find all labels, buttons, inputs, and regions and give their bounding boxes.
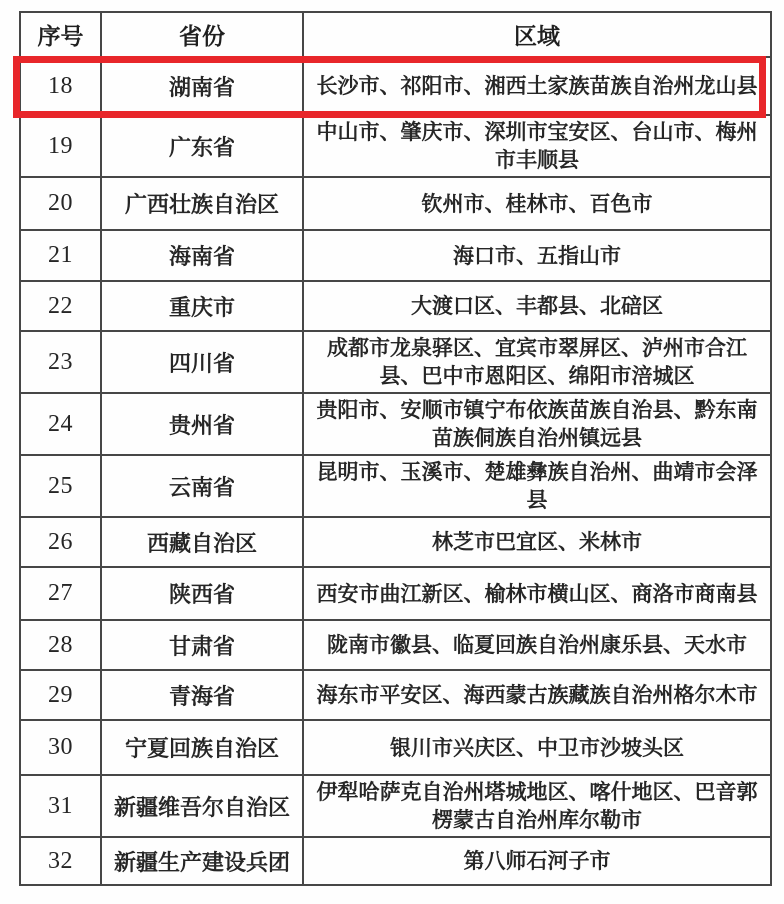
cell-region: 中山市、肇庆市、深圳市宝安区、台山市、梅州市丰顺县	[303, 115, 771, 177]
table-row-19: 19 广东省 中山市、肇庆市、深圳市宝安区、台山市、梅州市丰顺县	[20, 115, 771, 177]
cell-region: 长沙市、祁阳市、湘西土家族苗族自治州龙山县	[303, 57, 771, 115]
cell-no: 22	[20, 281, 101, 331]
cell-no: 25	[20, 455, 101, 517]
table-row-26: 26 西藏自治区 林芝市巴宜区、米林市	[20, 517, 771, 567]
cell-province: 湖南省	[101, 57, 303, 115]
cell-region: 银川市兴庆区、中卫市沙坡头区	[303, 720, 771, 775]
cell-no: 26	[20, 517, 101, 567]
cell-region: 成都市龙泉驿区、宜宾市翠屏区、泸州市合江县、巴中市恩阳区、绵阳市涪城区	[303, 331, 771, 393]
table-row-31: 31 新疆维吾尔自治区 伊犁哈萨克自治州塔城地区、喀什地区、巴音郭楞蒙古自治州库…	[20, 775, 771, 837]
table-row-18: 18 湖南省 长沙市、祁阳市、湘西土家族苗族自治州龙山县	[20, 57, 771, 115]
cell-no: 19	[20, 115, 101, 177]
table-row-28: 28 甘肃省 陇南市徽县、临夏回族自治州康乐县、天水市	[20, 620, 771, 670]
cell-region: 贵阳市、安顺市镇宁布依族苗族自治县、黔东南苗族侗族自治州镇远县	[303, 393, 771, 455]
cell-no: 18	[20, 57, 101, 115]
column-header-province: 省份	[101, 12, 303, 57]
cell-no: 31	[20, 775, 101, 837]
cell-no: 23	[20, 331, 101, 393]
document-page: 序号 省份 区域 18 湖南省 长沙市、祁阳市、湘西土家族苗族自治州龙山县 19…	[0, 0, 784, 904]
table-row-29: 29 青海省 海东市平安区、海西蒙古族藏族自治州格尔木市	[20, 670, 771, 720]
cell-region: 钦州市、桂林市、百色市	[303, 177, 771, 230]
cell-province: 四川省	[101, 331, 303, 393]
cell-no: 20	[20, 177, 101, 230]
cell-province: 新疆维吾尔自治区	[101, 775, 303, 837]
table-row-21: 21 海南省 海口市、五指山市	[20, 230, 771, 281]
cell-province: 甘肃省	[101, 620, 303, 670]
cell-region: 伊犁哈萨克自治州塔城地区、喀什地区、巴音郭楞蒙古自治州库尔勒市	[303, 775, 771, 837]
cell-province: 新疆生产建设兵团	[101, 837, 303, 885]
cell-region: 陇南市徽县、临夏回族自治州康乐县、天水市	[303, 620, 771, 670]
cell-no: 24	[20, 393, 101, 455]
cell-region: 林芝市巴宜区、米林市	[303, 517, 771, 567]
cell-region: 西安市曲江新区、榆林市横山区、商洛市商南县	[303, 567, 771, 620]
cell-region: 海口市、五指山市	[303, 230, 771, 281]
cell-no: 30	[20, 720, 101, 775]
table-row-24: 24 贵州省 贵阳市、安顺市镇宁布依族苗族自治县、黔东南苗族侗族自治州镇远县	[20, 393, 771, 455]
cell-region: 大渡口区、丰都县、北碚区	[303, 281, 771, 331]
column-header-region: 区域	[303, 12, 771, 57]
cell-province: 云南省	[101, 455, 303, 517]
table-row-32: 32 新疆生产建设兵团 第八师石河子市	[20, 837, 771, 885]
cell-no: 29	[20, 670, 101, 720]
cell-no: 21	[20, 230, 101, 281]
cell-province: 贵州省	[101, 393, 303, 455]
cell-province: 青海省	[101, 670, 303, 720]
cell-no: 28	[20, 620, 101, 670]
province-region-table: 序号 省份 区域 18 湖南省 长沙市、祁阳市、湘西土家族苗族自治州龙山县 19…	[19, 11, 772, 886]
table-row-25: 25 云南省 昆明市、玉溪市、楚雄彝族自治州、曲靖市会泽县	[20, 455, 771, 517]
cell-no: 27	[20, 567, 101, 620]
cell-region: 昆明市、玉溪市、楚雄彝族自治州、曲靖市会泽县	[303, 455, 771, 517]
table-row-22: 22 重庆市 大渡口区、丰都县、北碚区	[20, 281, 771, 331]
table-row-27: 27 陕西省 西安市曲江新区、榆林市横山区、商洛市商南县	[20, 567, 771, 620]
cell-region: 海东市平安区、海西蒙古族藏族自治州格尔木市	[303, 670, 771, 720]
cell-region: 第八师石河子市	[303, 837, 771, 885]
table-row-23: 23 四川省 成都市龙泉驿区、宜宾市翠屏区、泸州市合江县、巴中市恩阳区、绵阳市涪…	[20, 331, 771, 393]
table-row-30: 30 宁夏回族自治区 银川市兴庆区、中卫市沙坡头区	[20, 720, 771, 775]
cell-province: 陕西省	[101, 567, 303, 620]
cell-province: 重庆市	[101, 281, 303, 331]
cell-province: 宁夏回族自治区	[101, 720, 303, 775]
cell-no: 32	[20, 837, 101, 885]
table-header-row: 序号 省份 区域	[20, 12, 771, 57]
table-row-20: 20 广西壮族自治区 钦州市、桂林市、百色市	[20, 177, 771, 230]
cell-province: 西藏自治区	[101, 517, 303, 567]
column-header-index: 序号	[20, 12, 101, 57]
cell-province: 海南省	[101, 230, 303, 281]
table-wrap: 序号 省份 区域 18 湖南省 长沙市、祁阳市、湘西土家族苗族自治州龙山县 19…	[19, 11, 770, 886]
cell-province: 广西壮族自治区	[101, 177, 303, 230]
cell-province: 广东省	[101, 115, 303, 177]
